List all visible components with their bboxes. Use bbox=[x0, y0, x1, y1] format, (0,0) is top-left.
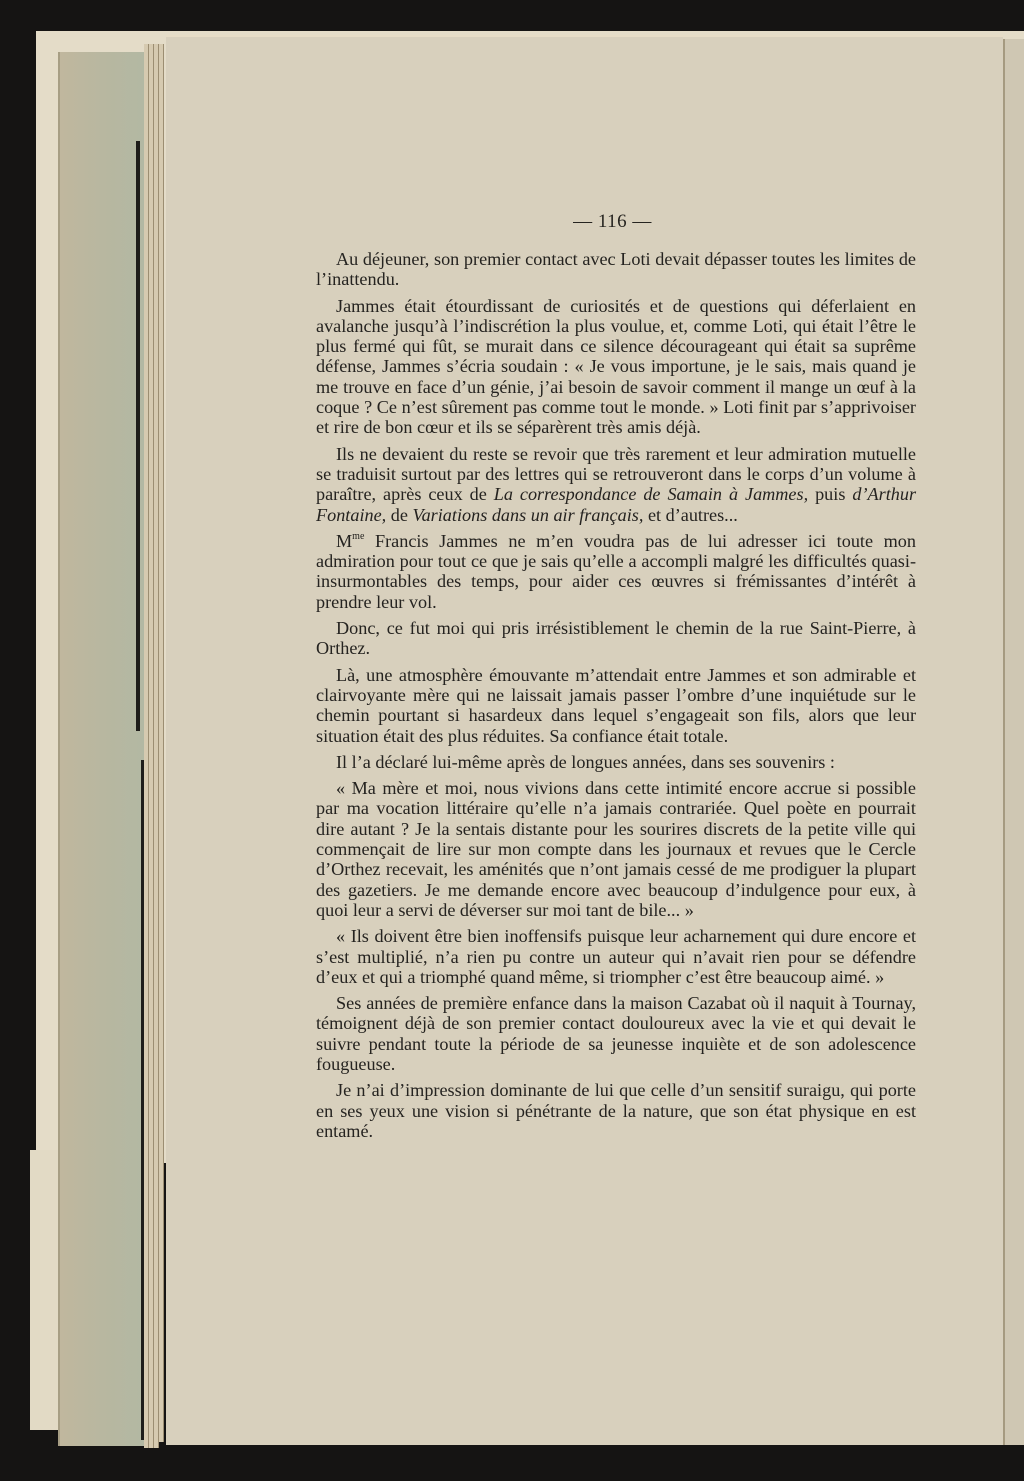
book-title: La correspondance de Samain à Jammes, bbox=[494, 484, 808, 504]
paragraph-text: Francis Jammes ne m’en voudra pas de lui… bbox=[316, 531, 916, 612]
quote-paragraph: « Ma mère et moi, nous vivions dans cett… bbox=[316, 778, 916, 920]
paragraph: Ils ne devaient du reste se revoir que t… bbox=[316, 444, 916, 525]
paragraph-text: puis bbox=[808, 484, 852, 504]
paragraph: Jammes était étourdissant de curiosités … bbox=[316, 296, 916, 438]
paragraph: Là, une atmosphère émouvante m’attendait… bbox=[316, 665, 916, 746]
book-page: — 116 — Au déjeuner, son premier contact… bbox=[166, 35, 1003, 1445]
paragraph: Donc, ce fut moi qui pris irrésistibleme… bbox=[316, 618, 916, 659]
page-edge bbox=[159, 44, 164, 1442]
quote-paragraph: « Ils doivent être bien inoffensifs puis… bbox=[316, 926, 916, 987]
paragraph-text: de bbox=[386, 505, 412, 525]
paragraph: Il l’a déclaré lui-même après de longues… bbox=[316, 752, 916, 772]
abbrev-superscript: me bbox=[352, 531, 364, 542]
spine-shadow-upper bbox=[136, 141, 140, 731]
body-text: Au déjeuner, son premier contact avec Lo… bbox=[316, 249, 916, 1147]
paragraph-text: et d’autres... bbox=[643, 505, 737, 525]
abbrev-prefix: M bbox=[336, 531, 352, 551]
next-page-edge bbox=[1003, 39, 1024, 1445]
paragraph: Je n’ai d’impression dominante de lui qu… bbox=[316, 1080, 916, 1141]
page-number: — 116 — bbox=[166, 211, 1003, 233]
book-title: Variations dans un air français, bbox=[412, 505, 643, 525]
paragraph: Mme Francis Jammes ne m’en voudra pas de… bbox=[316, 531, 916, 612]
paragraph: Ses années de première enfance dans la m… bbox=[316, 993, 916, 1074]
paragraph: Au déjeuner, son premier contact avec Lo… bbox=[316, 249, 916, 290]
